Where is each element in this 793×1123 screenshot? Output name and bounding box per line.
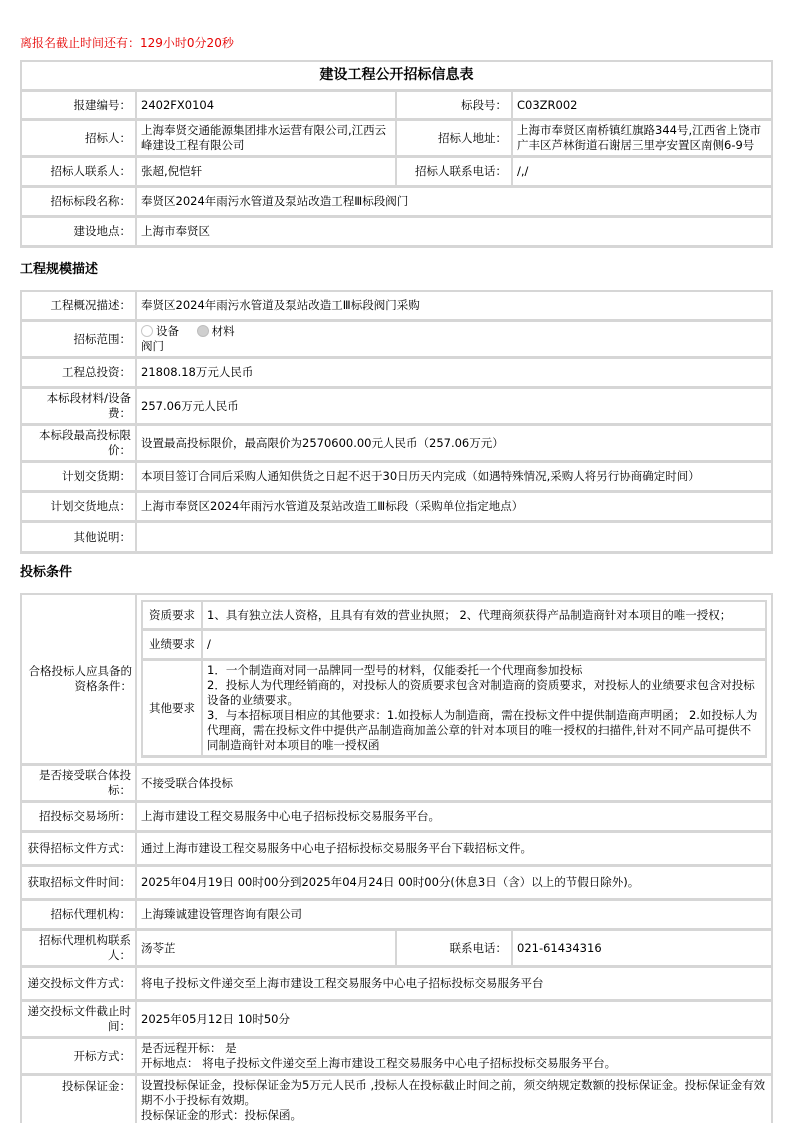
doc-time-label: 获取招标文件时间：	[22, 867, 137, 901]
agency-value: 上海臻诚建设管理咨询有限公司	[137, 901, 773, 931]
project-no-label: 报建编号：	[22, 92, 137, 121]
overview-value: 奉贤区2024年雨污水管道及泵站改造工Ⅲ标段阀门采购	[137, 292, 773, 322]
agency-phone-label: 联系电话：	[397, 931, 513, 968]
scope-label: 招标范围：	[22, 322, 137, 359]
countdown-value: 129小时0分20秒	[140, 36, 234, 50]
qualification-subtable: 资质要求 1、具有独立法人资格，且具有有效的营业执照； 2、代理商须获得产品制造…	[141, 600, 767, 758]
submit-method-value: 将电子投标文件递交至上海市建设工程交易服务中心电子招标投标交易服务平台	[137, 968, 773, 1002]
table-title: 建设工程公开招标信息表	[22, 62, 773, 92]
countdown-label: 离报名截止时间还有：	[20, 36, 140, 50]
qualification-req-label: 资质要求	[143, 602, 203, 631]
other-req-line-1: 1．一个制造商对同一品牌同一型号的材料，仅能委托一个代理商参加投标	[207, 663, 761, 678]
other-req-value: 1．一个制造商对同一品牌同一型号的材料，仅能委托一个代理商参加投标 2．投标人为…	[203, 661, 767, 758]
section-name-value: 奉贤区2024年雨污水管道及泵站改造工程Ⅲ标段阀门	[137, 188, 773, 218]
doc-method-value: 通过上海市建设工程交易服务中心电子招标投标交易服务平台下载招标文件。	[137, 833, 773, 867]
overview-label: 工程概况描述：	[22, 292, 137, 322]
tenderer-phone-value: /,/	[513, 158, 773, 188]
delivery-period-value: 本项目签订合同后采购人通知供货之日起不迟于30日历天内完成（如遇特殊情况,采购人…	[137, 463, 773, 493]
registration-countdown: 离报名截止时间还有：129小时0分20秒	[20, 34, 234, 51]
agency-contact-label: 招标代理机构联系人：	[22, 931, 137, 968]
venue-value: 上海市建设工程交易服务中心电子招标投标交易服务平台。	[137, 803, 773, 833]
opening-remote-label: 是否远程开标：	[141, 1041, 222, 1055]
scope-option-equipment-label: 设备	[156, 324, 179, 338]
section-name-label: 招标标段名称：	[22, 188, 137, 218]
scope-text: 阀门	[141, 339, 767, 354]
doc-time-value: 2025年04月19日 00时00分到2025年04月24日 00时00分(休息…	[137, 867, 773, 901]
bond-value: 设置投标保证金，投标保证金为5万元人民币 ,投标人在投标截止时间之前，须交纳规定…	[137, 1076, 773, 1123]
tenderer-address-label: 招标人地址：	[397, 121, 513, 158]
bond-line-1: 设置投标保证金，投标保证金为5万元人民币 ,投标人在投标截止时间之前，须交纳规定…	[141, 1078, 767, 1108]
delivery-place-label: 计划交货地点：	[22, 493, 137, 523]
scope-radio-equipment[interactable]	[141, 325, 153, 337]
max-price-label: 本标段最高投标限价：	[22, 426, 137, 463]
opening-remote-value: 是	[225, 1041, 237, 1055]
opening-label: 开标方式：	[22, 1039, 137, 1076]
scope-value: 设备 材料 阀门	[137, 322, 773, 359]
delivery-place-value: 上海市奉贤区2024年雨污水管道及泵站改造工Ⅲ标段（采购单位指定地点）	[137, 493, 773, 523]
qualification-label: 合格投标人应具备的资格条件：	[22, 595, 137, 766]
tenderer-phone-label: 招标人联系电话：	[397, 158, 513, 188]
submit-deadline-value: 2025年05月12日 10时50分	[137, 1002, 773, 1039]
doc-method-label: 获得招标文件方式：	[22, 833, 137, 867]
consortium-value: 不接受联合体投标	[137, 766, 773, 803]
location-label: 建设地点：	[22, 218, 137, 248]
performance-req-label: 业绩要求	[143, 631, 203, 661]
tenderer-contact-label: 招标人联系人：	[22, 158, 137, 188]
agency-phone-value: 021-61434316	[513, 931, 773, 968]
agency-contact-value: 汤苓芷	[137, 931, 397, 968]
other-req-line-2: 2．投标人为代理经销商的，对投标人的资质要求包含对制造商的资质要求，对投标人的业…	[207, 678, 761, 708]
bond-label: 投标保证金：	[22, 1076, 137, 1123]
consortium-label: 是否接受联合体投标：	[22, 766, 137, 803]
material-cost-label: 本标段材料/设备费：	[22, 389, 137, 426]
qualification-cell: 资质要求 1、具有独立法人资格，且具有有效的营业执照； 2、代理商须获得产品制造…	[137, 595, 773, 766]
location-value: 上海市奉贤区	[137, 218, 773, 248]
section-no-value: C03ZR002	[513, 92, 773, 121]
other-notes-label: 其他说明：	[22, 523, 137, 554]
scope-radio-material[interactable]	[197, 325, 209, 337]
other-notes-value	[137, 523, 773, 554]
project-no-value: 2402FX0104	[137, 92, 397, 121]
submit-deadline-label: 递交投标文件截止时间：	[22, 1002, 137, 1039]
tenderer-address-value: 上海市奉贤区南桥镇红旗路344号,江西省上饶市广丰区芦林街道石谢居三里亭安置区南…	[513, 121, 773, 158]
total-investment-label: 工程总投资：	[22, 359, 137, 389]
scope-option-material-label: 材料	[212, 324, 235, 338]
qualification-req-value: 1、具有独立法人资格，且具有有效的营业执照； 2、代理商须获得产品制造商针对本项…	[203, 602, 767, 631]
opening-place-label: 开标地点：	[141, 1056, 199, 1070]
tender-info-table: 建设工程公开招标信息表 报建编号： 2402FX0104 标段号： C03ZR0…	[20, 60, 773, 248]
tenderer-value: 上海奉贤交通能源集团排水运营有限公司,江西云峰建设工程有限公司	[137, 121, 397, 158]
conditions-table: 合格投标人应具备的资格条件： 资质要求 1、具有独立法人资格，且具有有效的营业执…	[20, 593, 773, 1123]
section-title-scale: 工程规模描述	[20, 258, 98, 277]
other-req-label: 其他要求	[143, 661, 203, 758]
max-price-value: 设置最高投标限价，最高限价为2570600.00元人民币（257.06万元）	[137, 426, 773, 463]
opening-place-value: 将电子投标文件递交至上海市建设工程交易服务中心电子招标投标交易服务平台。	[202, 1056, 616, 1070]
agency-label: 招标代理机构：	[22, 901, 137, 931]
section-no-label: 标段号：	[397, 92, 513, 121]
section-title-conditions: 投标条件	[20, 561, 72, 580]
submit-method-label: 递交投标文件方式：	[22, 968, 137, 1002]
opening-value: 是否远程开标： 是 开标地点： 将电子投标文件递交至上海市建设工程交易服务中心电…	[137, 1039, 773, 1076]
performance-req-value: /	[203, 631, 767, 661]
venue-label: 招投标交易场所：	[22, 803, 137, 833]
material-cost-value: 257.06万元人民币	[137, 389, 773, 426]
tenderer-label: 招标人：	[22, 121, 137, 158]
delivery-period-label: 计划交货期：	[22, 463, 137, 493]
other-req-line-3: 3．与本招标项目相应的其他要求：1.如投标人为制造商，需在投标文件中提供制造商声…	[207, 708, 761, 753]
tenderer-contact-value: 张超,倪恺轩	[137, 158, 397, 188]
total-investment-value: 21808.18万元人民币	[137, 359, 773, 389]
scale-table: 工程概况描述： 奉贤区2024年雨污水管道及泵站改造工Ⅲ标段阀门采购 招标范围：…	[20, 290, 773, 554]
bond-line-2: 投标保证金的形式：投标保函。	[141, 1108, 767, 1123]
